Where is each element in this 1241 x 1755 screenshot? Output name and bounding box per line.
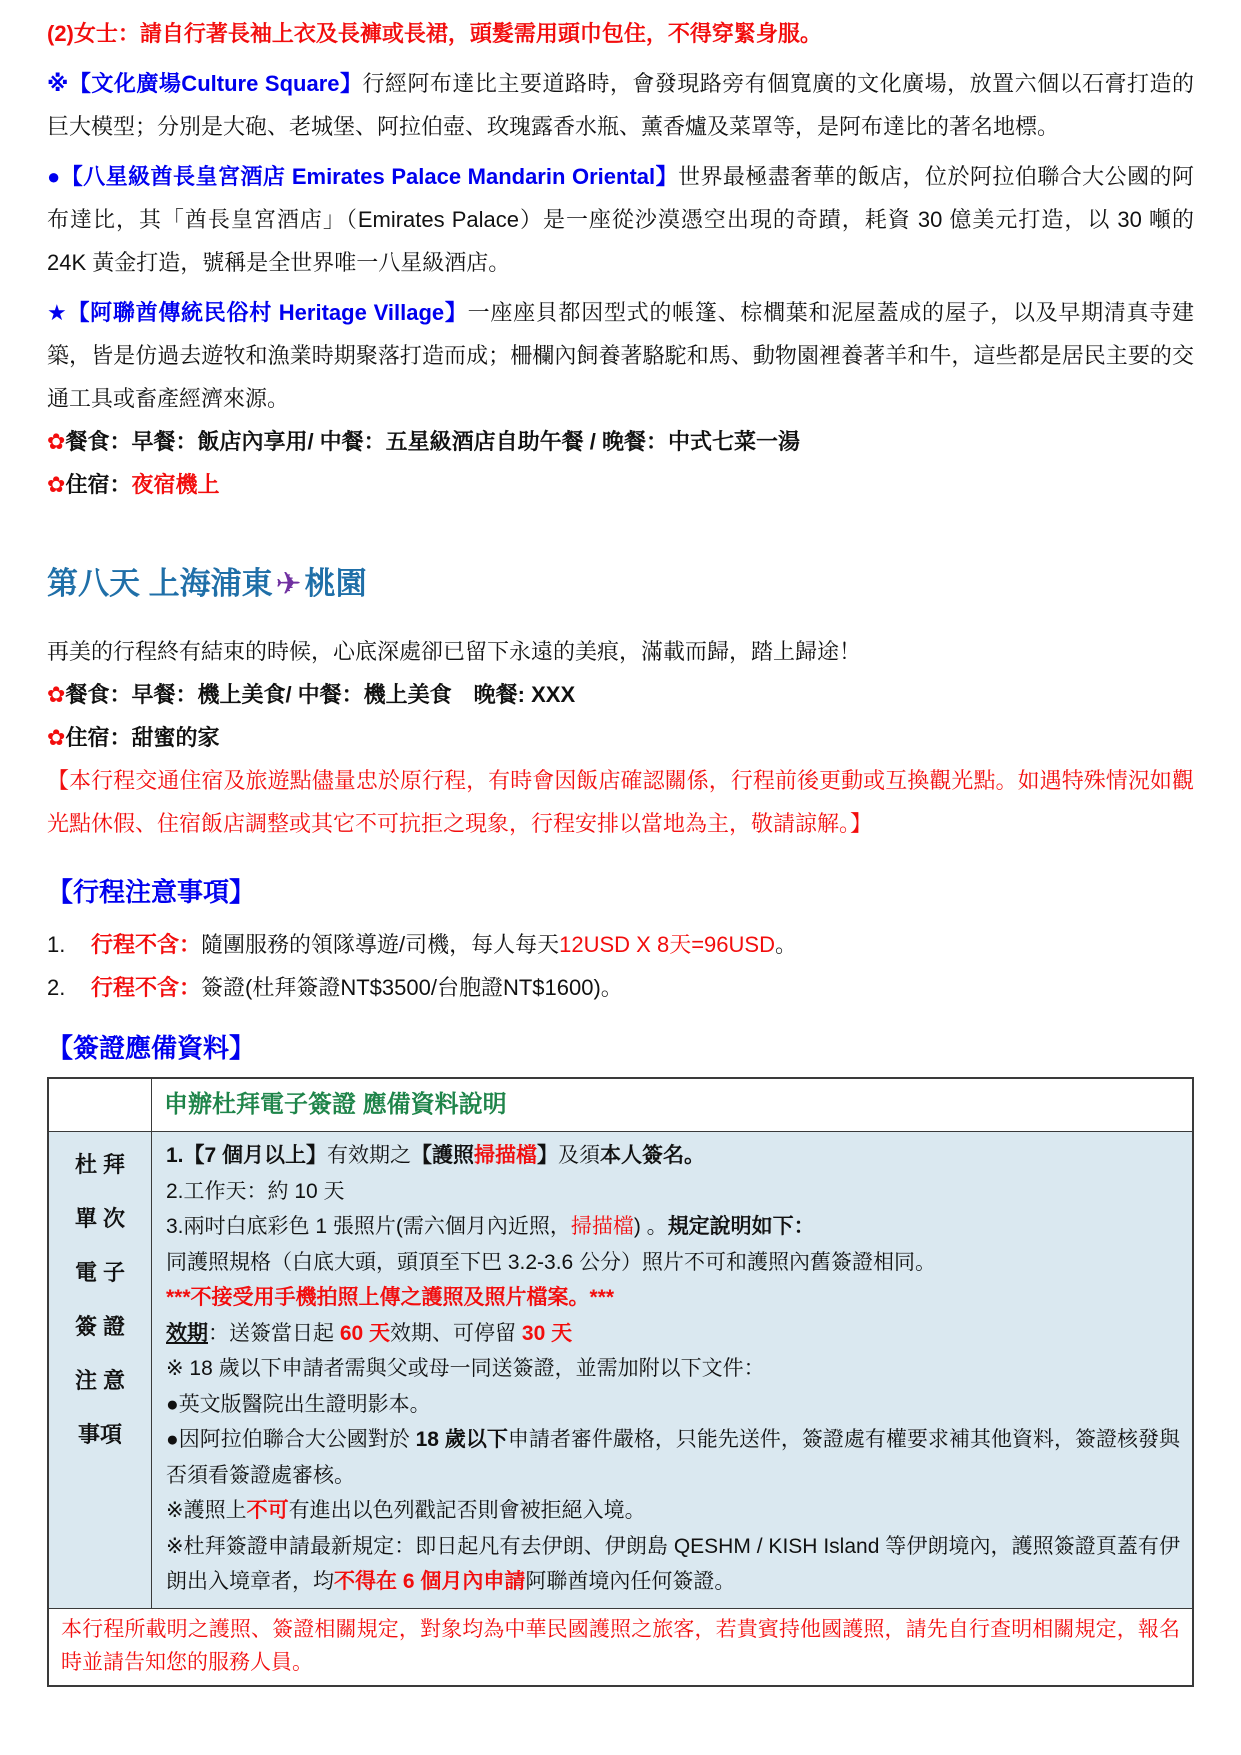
visa-row-label: 杜 拜 單 次 電 子 簽 證 注 意 事項 [48,1132,152,1609]
note-item-2: 2. 行程不含：簽證(杜拜簽證NT$3500/台胞證NT$1600)。 [47,966,1194,1009]
flower-icon: ✿ [47,472,65,497]
visa-note-line: 2.工作天：約 10 天 [166,1174,1180,1210]
text-segment: 簽證(杜拜簽證NT$3500/台胞證NT$1600)。 [201,975,623,1000]
visa-note-line: ●因阿拉伯聯合大公國對於 18 歲以下申請者審件嚴格，只能先送件，簽證處有權要求… [166,1422,1180,1493]
visa-row-label-line: 簽 證 [50,1300,150,1354]
note-item-1: 1. 行程不含：隨團服務的領隊導遊/司機，每人每天12USD X 8天=96US… [47,923,1194,966]
text-segment: 英文版醫院出生證明影本。 [179,1393,431,1416]
visa-table-title: 申辦杜拜電子簽證 應備資料說明 [164,1091,507,1118]
text-segment: 】 [537,1144,558,1167]
list-number: 1. [47,923,91,966]
visa-table-footer-row: 本行程所載明之護照、簽證相關規定，對象均為中華民國護照之旅客，若貴賓持他國護照，… [48,1608,1193,1686]
text-segment: 阿聯酋境內任何簽證。 [525,1570,735,1593]
visa-table-body-row: 杜 拜 單 次 電 子 簽 證 注 意 事項 1.【7 個月以上】有效期之【護照… [48,1132,1193,1609]
text-segment: ※ 18 歲以下申請者需與父或母一同送簽證，並需加附以下文件： [166,1357,765,1380]
visa-row-label-line: 注 意 [50,1354,150,1408]
text-segment: 規定說明如下： [668,1215,815,1238]
note-item-text: 行程不含：簽證(杜拜簽證NT$3500/台胞證NT$1600)。 [91,966,1194,1009]
text-segment: (2)女士：請自行著長袖上衣及長褲或長裙，頭髮需用頭巾包住，不得穿緊身服。 [47,21,822,46]
visa-note-line: ※護照上不可有進出以色列戳記否則會被拒絕入境。 [166,1493,1180,1529]
list-number: 2. [47,966,91,1009]
itinerary-disclaimer: 【本行程交通住宿及旅遊點儘量忠於原行程，有時會因飯店確認關係，行程前後更動或互換… [47,759,1194,845]
text-segment: 不可 [247,1499,289,1522]
visa-note-line: 3.兩吋白底彩色 1 張照片(需六個月內近照，掃描檔) 。規定說明如下： [166,1209,1180,1245]
reference-mark-icon: ※ [47,71,69,96]
visa-table-title-cell: 申辦杜拜電子簽證 應備資料說明 [152,1078,1194,1132]
visa-note-line: ※杜拜簽證申請最新規定：即日起凡有去伊朗、伊朗島 QESHM / KISH Is… [166,1529,1180,1600]
visa-note-line: 效期：送簽當日起 60 天效期、可停留 30 天 [166,1316,1180,1352]
text-segment: ***不接受用手機拍照上傳之護照及照片檔案。*** [166,1286,614,1309]
text-segment: 同護照規格（白底大頭，頭頂至下巴 3.2-3.6 公分）照片不可和護照內舊簽證相… [166,1251,936,1274]
visa-note-line: ※ 18 歲以下申請者需與父或母一同送簽證，並需加附以下文件： [166,1351,1180,1387]
text-segment: 夜宿機上 [131,472,219,497]
text-segment: 【護照 [411,1144,474,1167]
day7-meals-line: ✿餐食：早餐：飯店內享用/ 中餐：五星級酒店自助午餐 / 晚餐：中式七菜一湯 [47,420,1194,463]
day7-lodging-line: ✿住宿：夜宿機上 [47,463,1194,506]
bullet-icon: ● [166,1428,179,1451]
visa-table-header-row: 申辦杜拜電子簽證 應備資料說明 [48,1078,1193,1132]
text-segment: ※護照上 [166,1499,247,1522]
visa-row-label-line: 杜 拜 [50,1138,150,1192]
paragraph-emirates-palace: ●【八星級酋長皇宮酒店 Emirates Palace Mandarin Ori… [47,155,1194,284]
text-segment: 掃描檔 [474,1144,537,1167]
paragraph-heritage-village: ★【阿聯酋傳統民俗村 Heritage Village】一座座貝都因型式的帳篷、… [47,291,1194,420]
paragraph-culture-square: ※【文化廣場Culture Square】行經阿布達比主要道路時，會發現路旁有個… [47,62,1194,148]
day8-heading-destination: 桃園 [305,566,367,601]
text-segment: ：送簽當日起 [208,1322,340,1345]
text-segment: 效期、可停留 [390,1322,522,1345]
visa-note-line: ●英文版醫院出生證明影本。 [166,1387,1180,1423]
visa-note-line: 同護照規格（白底大頭，頭頂至下巴 3.2-3.6 公分）照片不可和護照內舊簽證相… [166,1245,1180,1281]
visa-table-corner-cell [48,1078,152,1132]
text-segment: 餐食：早餐：機上美食/ 中餐：機上美食 晚餐: XXX [65,682,575,707]
text-segment: 隨團服務的領隊導遊/司機，每人每天 [201,932,559,957]
notes-section-title: 【行程注意事項】 [47,873,1194,911]
text-segment: 60 天 [340,1322,390,1345]
text-segment: 。 [775,932,797,957]
day8-farewell-line: 再美的行程終有結束的時候，心底深處卻已留下永遠的美痕，滿載而歸，踏上歸途！ [47,630,1194,673]
text-segment: 不得在 6 個月內申請 [334,1570,525,1593]
text-segment: 掃描檔 [571,1215,634,1238]
text-segment: 行程不含： [91,975,201,1000]
text-segment: 有進出以色列戳記否則會被拒絕入境。 [289,1499,646,1522]
visa-row-label-line: 單 次 [50,1192,150,1246]
flower-icon: ✿ [47,682,65,707]
visa-note-line: 1.【7 個月以上】有效期之【護照掃描檔】及須本人簽名。 [166,1138,1180,1174]
star-icon: ★ [47,300,67,325]
text-segment: 有效期之 [327,1144,411,1167]
text-segment: 18 歲以下 [416,1428,508,1451]
bullet-icon: ● [166,1393,179,1416]
text-segment: 本人簽名。 [600,1144,705,1167]
text-segment: 【本行程交通住宿及旅遊點儘量忠於原行程，有時會因飯店確認關係，行程前後更動或互換… [47,768,1194,836]
paragraph-dress-code: (2)女士：請自行著長袖上衣及長褲或長裙，頭髮需用頭巾包住，不得穿緊身服。 [47,12,1194,55]
text-segment: 【阿聯酋傳統民俗村 Heritage Village】 [67,300,467,325]
plane-icon: ✈ [273,566,305,601]
text-segment: 再美的行程終有結束的時候，心底深處卻已留下永遠的美痕，滿載而歸，踏上歸途！ [47,639,861,664]
text-segment: 住宿： [65,472,131,497]
day8-meals-line: ✿餐食：早餐：機上美食/ 中餐：機上美食 晚餐: XXX [47,673,1194,716]
text-segment: 及須 [558,1144,600,1167]
itinerary-page: (2)女士：請自行著長袖上衣及長褲或長裙，頭髮需用頭巾包住，不得穿緊身服。 ※【… [0,0,1241,1755]
text-segment: 行程不含： [91,932,201,957]
text-segment: 餐食：早餐：飯店內享用/ 中餐：五星級酒店自助午餐 / 晚餐：中式七菜一湯 [65,429,800,454]
visa-row-label-line: 電 子 [50,1246,150,1300]
text-segment: 因阿拉伯聯合大公國對於 [179,1428,416,1451]
visa-note-line: ***不接受用手機拍照上傳之護照及照片檔案。*** [166,1280,1180,1316]
passport-regulation-note: 本行程所載明之護照、簽證相關規定，對象均為中華民國護照之旅客，若貴賓持他國護照，… [48,1608,1193,1686]
day8-lodging-line: ✿住宿：甜蜜的家 [47,716,1194,759]
day8-heading-text: 第八天 上海浦東 [47,566,273,601]
text-segment: 【八星級酋長皇宮酒店 Emirates Palace Mandarin Orie… [61,164,678,189]
text-segment: 30 天 [522,1322,572,1345]
visa-requirements-table: 申辦杜拜電子簽證 應備資料說明 杜 拜 單 次 電 子 簽 證 注 意 事項 1… [47,1077,1194,1687]
text-segment: 效期 [166,1322,208,1345]
note-item-text: 行程不含：隨團服務的領隊導遊/司機，每人每天12USD X 8天=96USD。 [91,923,1194,966]
text-segment: 本行程所載明之護照、簽證相關規定，對象均為中華民國護照之旅客，若貴賓持他國護照，… [61,1618,1180,1674]
text-segment: 住宿：甜蜜的家 [65,725,219,750]
bullet-icon: ● [47,164,61,189]
text-segment: 12USD X 8天=96USD [559,932,775,957]
text-segment: 2.工作天：約 10 天 [166,1180,345,1203]
flower-icon: ✿ [47,429,65,454]
text-segment: 【文化廣場Culture Square】 [69,71,363,96]
text-segment: ) 。 [634,1215,668,1238]
visa-section-title: 【簽證應備資料】 [47,1029,1194,1067]
visa-row-label-line: 事項 [50,1408,150,1462]
visa-requirements-cell: 1.【7 個月以上】有效期之【護照掃描檔】及須本人簽名。 2.工作天：約 10 … [152,1132,1194,1609]
flower-icon: ✿ [47,725,65,750]
text-segment: 3.兩吋白底彩色 1 張照片(需六個月內近照， [166,1215,571,1238]
day8-heading: 第八天 上海浦東✈桃園 [47,562,1194,606]
text-segment: 1.【7 個月以上】 [166,1144,327,1167]
